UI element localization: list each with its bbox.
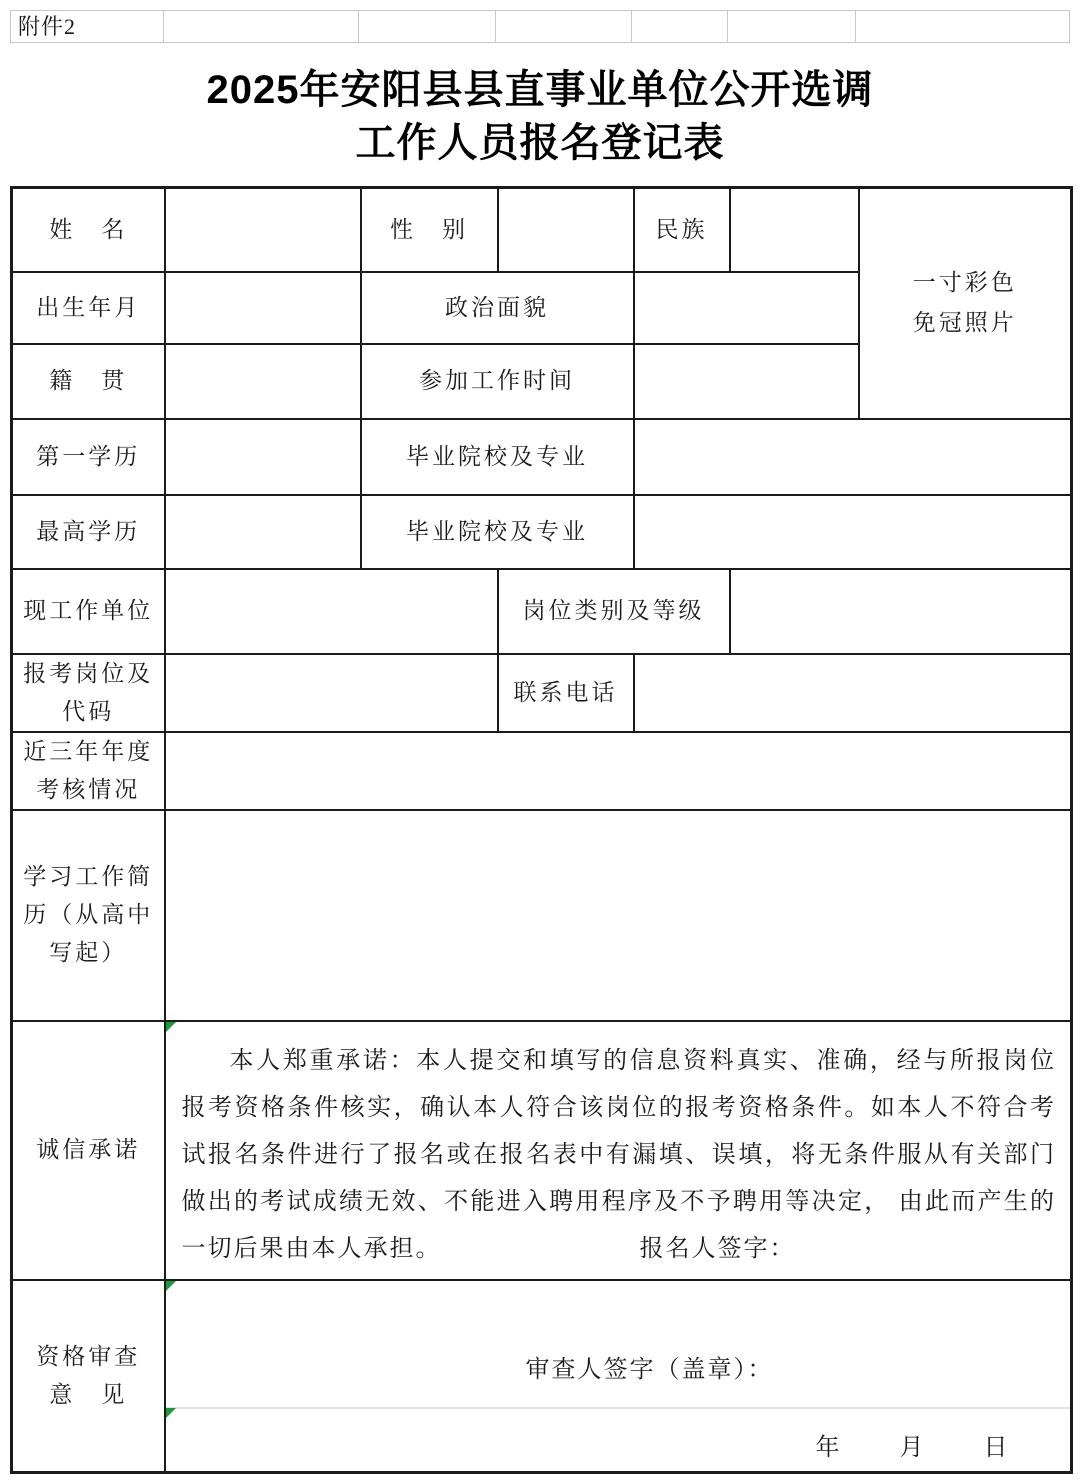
first-degree-school-label: 毕业院校及专业 [361, 419, 634, 495]
first-degree-school-input-cell[interactable] [634, 419, 1072, 495]
phone-input-cell[interactable] [634, 654, 1072, 732]
applied-post-input-cell[interactable] [165, 654, 498, 732]
ethnicity-input-cell[interactable] [730, 188, 859, 272]
highest-degree-school-label: 毕业院校及专业 [361, 495, 634, 569]
gender-label: 性 别 [361, 188, 498, 272]
first-degree-input-cell[interactable] [165, 419, 361, 495]
gender-input-cell[interactable] [498, 188, 634, 272]
sheet-gridline [166, 1407, 1071, 1409]
form-title-line-1: 2025年安阳县县直事业单位公开选调 [0, 64, 1080, 117]
employer-label: 现工作单位 [12, 569, 165, 654]
resume-input-cell[interactable] [165, 810, 1072, 1021]
applied-post-label: 报考岗位及 代码 [12, 654, 165, 732]
post-category-label: 岗位类别及等级 [498, 569, 730, 654]
highest-degree-label: 最高学历 [12, 495, 165, 569]
photo-placeholder: 一寸彩色 免冠照片 [859, 188, 1072, 419]
political-status-label: 政治面貌 [361, 272, 634, 344]
cell-flag-icon [166, 1281, 176, 1291]
highest-degree-school-input-cell[interactable] [634, 495, 1072, 569]
gridline-cell [728, 11, 857, 42]
integrity-label: 诚信承诺 [12, 1021, 165, 1280]
first-degree-label: 第一学历 [12, 419, 165, 495]
post-category-input-cell[interactable] [730, 569, 1072, 654]
gridline-cell [632, 11, 728, 42]
resume-label: 学习工作简 历（从高中 写起） [12, 810, 165, 1021]
gridline-cell [856, 11, 1069, 42]
appraisal-label: 近三年年度 考核情况 [12, 732, 165, 810]
attachment-label: 附件2 [11, 11, 164, 42]
work-start-label: 参加工作时间 [361, 344, 634, 419]
cell-flag-icon [166, 1408, 176, 1418]
birth-date-label: 出生年月 [12, 272, 165, 344]
cell-flag-icon [166, 1022, 176, 1032]
applicant-sign-label: 报名人签字： [640, 1228, 796, 1263]
registration-table: 姓 名 性 别 民族 一寸彩色 免冠照片 出生年月 政治面貌 籍 贯 参加工作时… [10, 186, 1073, 1474]
review-opinion-label: 资格审查 意 见 [12, 1280, 165, 1473]
integrity-statement-cell: 本人郑重承诺：本人提交和填写的信息资料真实、准确，经与所报岗位报考资格条件核实，… [165, 1021, 1072, 1280]
integrity-statement: 本人郑重承诺：本人提交和填写的信息资料真实、准确，经与所报岗位报考资格条件核实，… [182, 1038, 1057, 1273]
appraisal-input-cell[interactable] [165, 732, 1072, 810]
gridline-cell [496, 11, 632, 42]
native-place-label: 籍 贯 [12, 344, 165, 419]
form-title-line-2: 工作人员报名登记表 [0, 117, 1080, 170]
registration-form-page: 附件2 2025年安阳县县直事业单位公开选调 工作人员报名登记表 姓 名 性 别… [0, 0, 1080, 1484]
gridline-cell [359, 11, 496, 42]
highest-degree-input-cell[interactable] [165, 495, 361, 569]
reviewer-sign-label: 审查人签字（盖章）： [526, 1349, 774, 1384]
native-place-input-cell[interactable] [165, 344, 361, 419]
name-label: 姓 名 [12, 188, 165, 272]
review-opinion-cell[interactable]: 审查人签字（盖章）： 年 月 日 [165, 1280, 1072, 1473]
employer-input-cell[interactable] [165, 569, 498, 654]
sheet-gridline-row: 附件2 [10, 10, 1070, 43]
phone-label: 联系电话 [498, 654, 634, 732]
name-input-cell[interactable] [165, 188, 361, 272]
gridline-cell [164, 11, 360, 42]
political-status-input-cell[interactable] [634, 272, 859, 344]
birth-date-input-cell[interactable] [165, 272, 361, 344]
form-title: 2025年安阳县县直事业单位公开选调 工作人员报名登记表 [0, 64, 1080, 170]
ethnicity-label: 民族 [634, 188, 730, 272]
date-placeholder: 年 月 日 [816, 1427, 1012, 1462]
work-start-input-cell[interactable] [634, 344, 859, 419]
